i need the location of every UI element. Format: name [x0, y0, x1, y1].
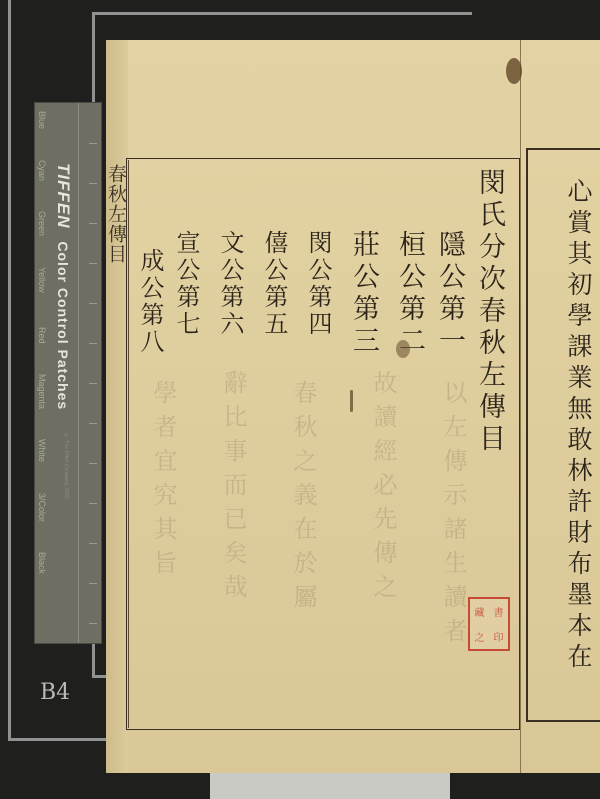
toc-title: 閔氏分次春秋左傳目 [476, 168, 503, 456]
frame-label: B4 [40, 680, 70, 705]
bleed-through-text: 學者宜究其旨 [146, 380, 181, 584]
bleed-through-text: 春秋之義在於屬 [286, 380, 321, 618]
toc-entry-2: 桓公第二 [396, 230, 423, 358]
scanner-frame-left [8, 0, 11, 740]
tiffen-color-chart: Blue Cyan Green Yellow Red Magenta White… [34, 102, 102, 644]
scanner-frame-inner-top [92, 12, 472, 15]
bleed-through-text: 辭比事而已矣哉 [216, 370, 251, 608]
spine-title: 春秋左傳目 [106, 164, 125, 264]
bleed-through-text: 故讀經必先傳之 [366, 370, 401, 608]
ink-spot [396, 340, 410, 358]
toc-entry-4: 閔公第四 [306, 230, 330, 338]
worm-damage [506, 58, 522, 84]
spine-divider [128, 160, 129, 728]
tiffen-copyright: © The Tiffen Company, 2000 [63, 433, 69, 499]
ink-spot [350, 390, 353, 412]
tiffen-logo: TIFFEN [53, 163, 73, 229]
page-edge [106, 40, 128, 773]
tiffen-title: TIFFEN Color Control Patches [53, 163, 73, 410]
toc-entry-6: 文公第六 [218, 230, 242, 338]
red-collector-seal: 藏書之印 [468, 597, 510, 651]
gray-reference-strip [210, 773, 450, 799]
patch-labels: Blue Cyan Green Yellow Red Magenta White… [37, 111, 47, 574]
centimeter-ruler [78, 103, 97, 643]
toc-entry-7: 宣公第七 [174, 230, 198, 338]
facing-page-text: 心賞其初學課業無敢林許財布墨本在 [566, 178, 591, 674]
center-fold [520, 40, 521, 773]
bleed-through-text: 以左傳示諸生讀者 [436, 380, 471, 652]
toc-entry-8: 成公第八 [138, 248, 162, 356]
toc-entry-5: 僖公第五 [262, 230, 286, 338]
toc-entry-1: 隱公第一 [436, 230, 463, 358]
toc-entry-3: 莊公第三 [350, 230, 377, 358]
book-page: 以左傳示諸生讀者 故讀經必先傳之 春秋之義在於屬 辭比事而已矣哉 學者宜究其旨 … [106, 40, 600, 773]
